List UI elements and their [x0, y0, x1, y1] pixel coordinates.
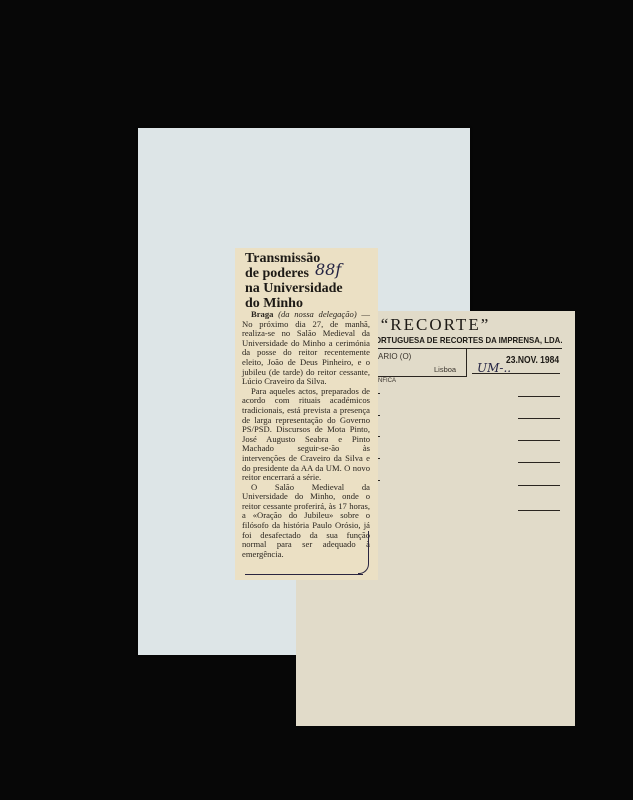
dateline: Braga	[251, 309, 273, 319]
form-row-line	[518, 462, 560, 463]
article-paragraph: Braga (da nossa delegação) — No próximo …	[242, 310, 370, 387]
article-paragraph: Para aqueles actos, preparados de acordo…	[242, 387, 370, 483]
form-row-line	[472, 373, 560, 374]
form-row-line	[518, 485, 560, 486]
paragraph-text: O Salão Medieval da Universidade do Minh…	[242, 482, 370, 559]
end-of-article-line	[245, 574, 363, 575]
paragraph-text: Para aqueles actos, preparados de acordo…	[242, 386, 370, 482]
article-paragraph: O Salão Medieval da Universidade do Minh…	[242, 483, 370, 560]
handwritten-bracket-mark	[358, 531, 369, 574]
headline-line: na Universidade	[245, 281, 343, 296]
mounting-card: “RECORTE” ORGANIZAÇÃO PORTUGUESA DE RECO…	[138, 128, 470, 655]
handwritten-number: 88f	[315, 260, 341, 279]
newspaper-clipping: Transmissão de poderes na Universidade d…	[235, 248, 378, 580]
article-body: Braga (da nossa delegação) — No próximo …	[242, 310, 370, 559]
middle-column-divider	[466, 348, 467, 376]
city-label: Lisboa	[434, 365, 456, 374]
form-row-line	[518, 510, 560, 511]
form-row-line	[518, 418, 560, 419]
source-credit: (da nossa delegação)	[278, 309, 357, 319]
date-stamp: 23.NOV. 1984	[506, 355, 559, 366]
form-row-line	[518, 396, 560, 397]
paragraph-text: — No próximo dia 27, de manhã, realiza-s…	[242, 309, 370, 386]
form-row-line	[518, 440, 560, 441]
